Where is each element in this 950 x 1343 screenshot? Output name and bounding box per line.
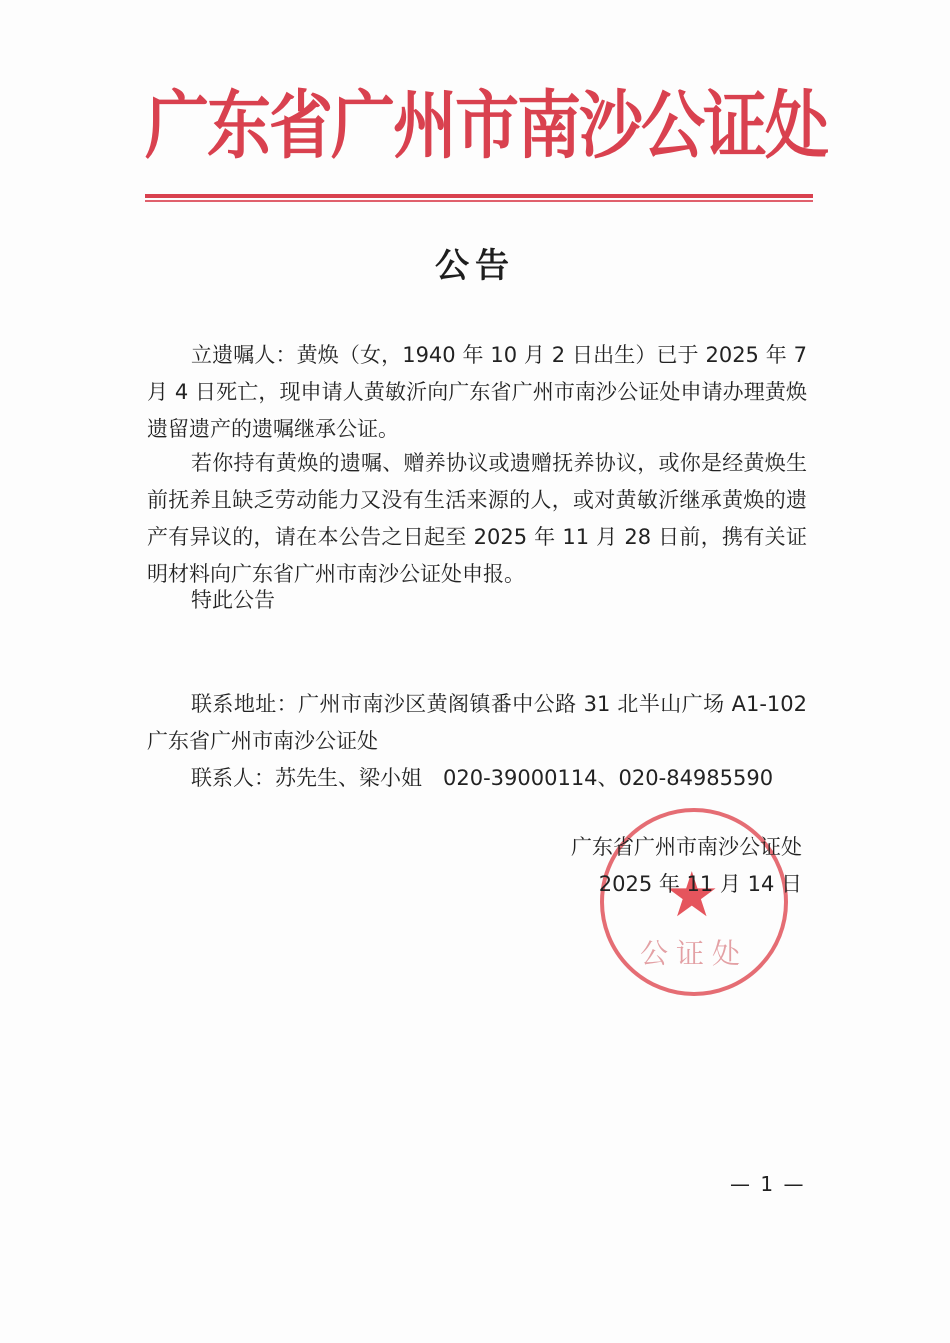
paragraph-text: 特此公告 (147, 582, 807, 619)
paragraph-text: 若你持有黄焕的遗嘱、赠养协议或遗赠抚养协议，或你是经黄焕生前抚养且缺乏劳动能力又… (147, 445, 807, 593)
org-letterhead: 广 东 省 广 州 市 南 沙 公 证 处 (145, 82, 813, 172)
letterhead-char: 公 (641, 75, 703, 179)
page-number: — 1 — (730, 1172, 805, 1196)
seal-text: 公证处 (604, 932, 784, 972)
signature-org: 广东省广州市南沙公证处 (571, 829, 802, 866)
header-divider-thin (145, 200, 813, 202)
contact-person: 联系人：苏先生、梁小姐 020-39000114、020-84985590 (147, 760, 807, 797)
letterhead-char: 南 (517, 75, 579, 179)
signature-date: 2025 年 11 月 14 日 (571, 866, 802, 903)
letterhead-char: 广 (331, 75, 393, 179)
contact-address: 联系地址：广州市南沙区黄阁镇番中公路 31 北半山广场 A1-102 广东省广州… (147, 686, 807, 760)
paragraph-objection-notice: 若你持有黄焕的遗嘱、赠养协议或遗赠抚养协议，或你是经黄焕生前抚养且缺乏劳动能力又… (147, 445, 807, 593)
letterhead-char: 证 (703, 75, 765, 179)
document-page: 广 东 省 广 州 市 南 沙 公 证 处 公告 立遗嘱人：黄焕（女，1940 … (0, 0, 950, 1343)
letterhead-char: 沙 (579, 75, 641, 179)
signature-block: 广东省广州市南沙公证处 2025 年 11 月 14 日 (571, 829, 802, 903)
contact-address-text: 联系地址：广州市南沙区黄阁镇番中公路 31 北半山广场 A1-102 广东省广州… (147, 686, 807, 760)
letterhead-char: 州 (393, 75, 455, 179)
letterhead-char: 省 (269, 75, 331, 179)
letterhead-char: 广 (145, 75, 207, 179)
letterhead-char: 处 (765, 75, 827, 179)
paragraph-testator: 立遗嘱人：黄焕（女，1940 年 10 月 2 日出生）已于 2025 年 7 … (147, 337, 807, 448)
header-divider-thick (145, 194, 813, 198)
paragraph-closing: 特此公告 (147, 582, 807, 619)
letterhead-char: 东 (207, 75, 269, 179)
contact-person-text: 联系人：苏先生、梁小姐 020-39000114、020-84985590 (147, 760, 807, 797)
letterhead-char: 市 (455, 75, 517, 179)
document-title: 公告 (0, 238, 950, 287)
paragraph-text: 立遗嘱人：黄焕（女，1940 年 10 月 2 日出生）已于 2025 年 7 … (147, 337, 807, 448)
